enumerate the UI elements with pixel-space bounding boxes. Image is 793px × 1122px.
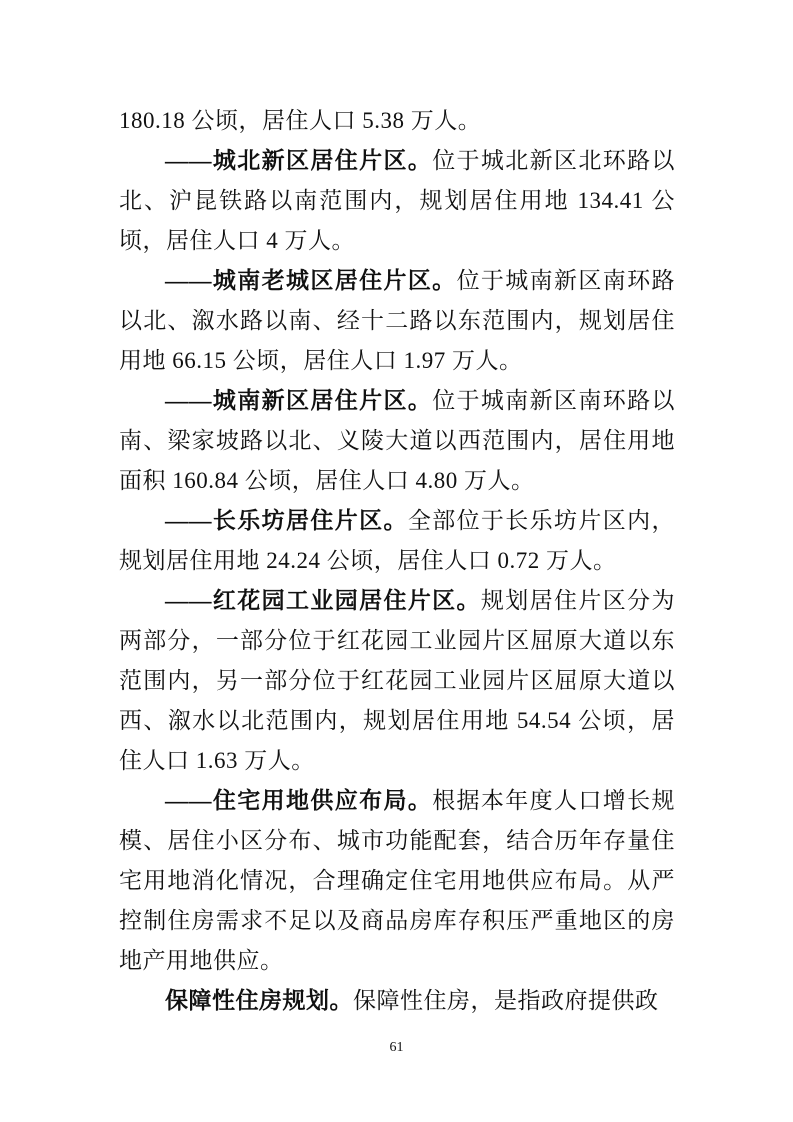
paragraph: 保障性住房规划。保障性住房，是指政府提供政 — [119, 981, 675, 1021]
page-number: 61 — [0, 1038, 793, 1058]
paragraph-text: 180.18 公顷，居住人口 5.38 万人。 — [119, 108, 481, 133]
paragraph-heading: ——城北新区居住片区。 — [165, 148, 432, 173]
paragraph-heading: ——城南老城区居住片区。 — [165, 268, 457, 293]
paragraph: 180.18 公顷，居住人口 5.38 万人。 — [119, 101, 675, 141]
paragraph-heading: ——红花园工业园居住片区。 — [165, 588, 481, 613]
paragraph: ——城南新区居住片区。位于城南新区南环路以南、梁家坡路以北、义陵大道以西范围内，… — [119, 381, 675, 501]
paragraph: ——城南老城区居住片区。位于城南新区南环路以北、溆水路以南、经十二路以东范围内，… — [119, 261, 675, 381]
paragraph-heading: 保障性住房规划。 — [165, 988, 353, 1013]
paragraph-text: 根据本年度人口增长规模、居住小区分布、城市功能配套，结合历年存量住宅用地消化情况… — [119, 788, 675, 973]
paragraph-heading: ——长乐坊居住片区。 — [165, 508, 408, 533]
paragraph-text: 保障性住房，是指政府提供政 — [353, 988, 659, 1013]
document-page: 180.18 公顷，居住人口 5.38 万人。 ——城北新区居住片区。位于城北新… — [0, 0, 793, 1122]
paragraph-text: 规划居住片区分为两部分，一部分位于红花园工业园片区屈原大道以东范围内，另一部分位… — [119, 588, 675, 773]
paragraph: ——住宅用地供应布局。根据本年度人口增长规模、居住小区分布、城市功能配套，结合历… — [119, 781, 675, 981]
paragraph-heading: ——住宅用地供应布局。 — [165, 788, 432, 813]
paragraph: ——长乐坊居住片区。全部位于长乐坊片区内，规划居住用地 24.24 公顷，居住人… — [119, 501, 675, 581]
document-body: 180.18 公顷，居住人口 5.38 万人。 ——城北新区居住片区。位于城北新… — [119, 101, 675, 1021]
paragraph: ——红花园工业园居住片区。规划居住片区分为两部分，一部分位于红花园工业园片区屈原… — [119, 581, 675, 781]
paragraph-heading: ——城南新区居住片区。 — [165, 388, 432, 413]
paragraph: ——城北新区居住片区。位于城北新区北环路以北、沪昆铁路以南范围内，规划居住用地 … — [119, 141, 675, 261]
